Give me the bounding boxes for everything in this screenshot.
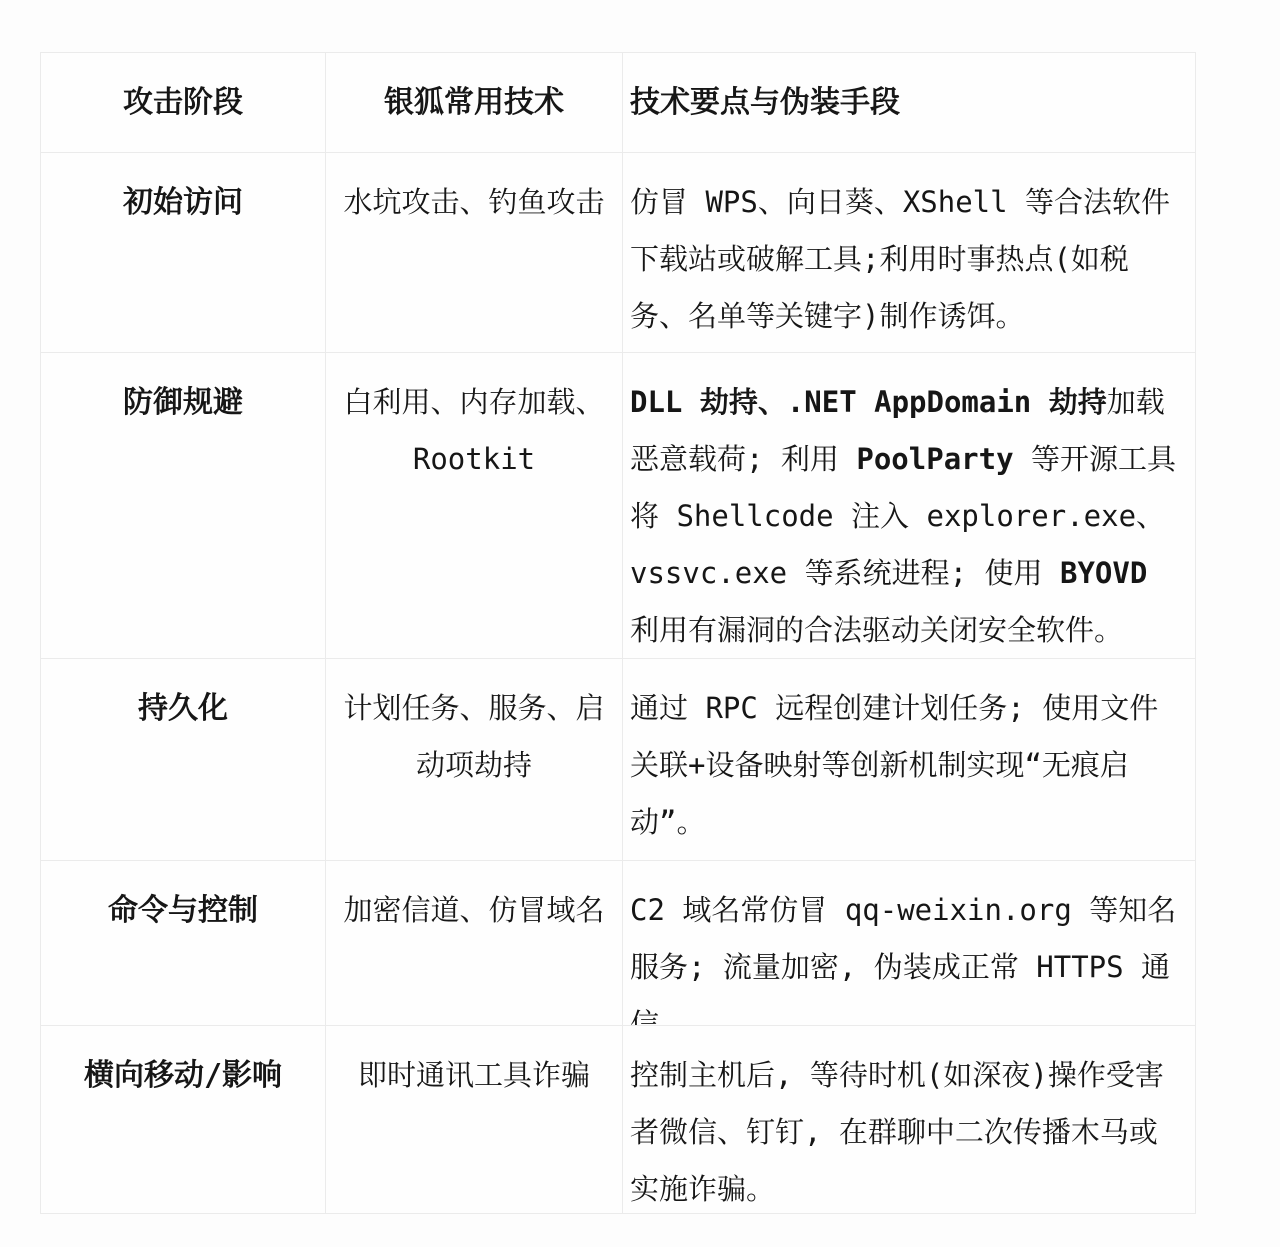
detail-text: 通过 RPC 远程创建计划任务; 使用文件关联+设备映射等创新机制实现“无痕启动… — [630, 691, 1158, 839]
detail-text: 利用有漏洞的合法驱动关闭安全软件。 — [630, 613, 1123, 647]
attack-stages-table: 攻击阶段 银狐常用技术 技术要点与伪装手段 初始访问 水坑攻击、钓鱼攻击 仿冒 … — [40, 52, 1196, 1214]
stage-cell: 持久化 — [41, 659, 326, 860]
techniques-cell: 加密信道、仿冒域名 — [326, 861, 623, 1025]
table-row-lateral-movement-impact: 横向移动/影响 即时通讯工具诈骗 控制主机后, 等待时机(如深夜)操作受害者微信… — [41, 1026, 1195, 1213]
detail-text-bold: BYOVD — [1060, 556, 1147, 590]
details-cell: 控制主机后, 等待时机(如深夜)操作受害者微信、钉钉, 在群聊中二次传播木马或实… — [623, 1026, 1195, 1213]
techniques-cell: 白利用、内存加载、Rootkit — [326, 353, 623, 658]
detail-text: 仿冒 WPS、向日葵、XShell 等合法软件下载站或破解工具;利用时事热点(如… — [630, 185, 1170, 333]
column-header-attack-stage: 攻击阶段 — [41, 53, 326, 152]
techniques-cell: 即时通讯工具诈骗 — [326, 1026, 623, 1213]
stage-cell: 横向移动/影响 — [41, 1026, 326, 1213]
column-header-technical-points: 技术要点与伪装手段 — [623, 53, 1195, 152]
detail-text: 控制主机后, 等待时机(如深夜)操作受害者微信、钉钉, 在群聊中二次传播木马或实… — [630, 1058, 1164, 1206]
stage-cell: 防御规避 — [41, 353, 326, 658]
details-cell: 仿冒 WPS、向日葵、XShell 等合法软件下载站或破解工具;利用时事热点(如… — [623, 153, 1195, 352]
stage-cell: 初始访问 — [41, 153, 326, 352]
details-cell: DLL 劫持、.NET AppDomain 劫持加载恶意载荷; 利用 PoolP… — [623, 353, 1195, 658]
table-row-defense-evasion: 防御规避 白利用、内存加载、Rootkit DLL 劫持、.NET AppDom… — [41, 353, 1195, 659]
table-row-initial-access: 初始访问 水坑攻击、钓鱼攻击 仿冒 WPS、向日葵、XShell 等合法软件下载… — [41, 153, 1195, 353]
table-row-command-and-control: 命令与控制 加密信道、仿冒域名 C2 域名常仿冒 qq-weixin.org 等… — [41, 861, 1195, 1026]
stage-cell: 命令与控制 — [41, 861, 326, 1025]
details-cell: C2 域名常仿冒 qq-weixin.org 等知名服务; 流量加密, 伪装成正… — [623, 861, 1195, 1025]
techniques-cell: 计划任务、服务、启动项劫持 — [326, 659, 623, 860]
detail-text-bold: DLL 劫持、.NET AppDomain 劫持 — [630, 385, 1107, 419]
techniques-cell: 水坑攻击、钓鱼攻击 — [326, 153, 623, 352]
table-row-persistence: 持久化 计划任务、服务、启动项劫持 通过 RPC 远程创建计划任务; 使用文件关… — [41, 659, 1195, 861]
table-header-row: 攻击阶段 银狐常用技术 技术要点与伪装手段 — [41, 53, 1195, 153]
column-header-common-techniques: 银狐常用技术 — [326, 53, 623, 152]
detail-text: C2 域名常仿冒 qq-weixin.org 等知名服务; 流量加密, 伪装成正… — [630, 893, 1176, 1025]
details-cell: 通过 RPC 远程创建计划任务; 使用文件关联+设备映射等创新机制实现“无痕启动… — [623, 659, 1195, 860]
detail-text-bold: PoolParty — [856, 442, 1013, 476]
